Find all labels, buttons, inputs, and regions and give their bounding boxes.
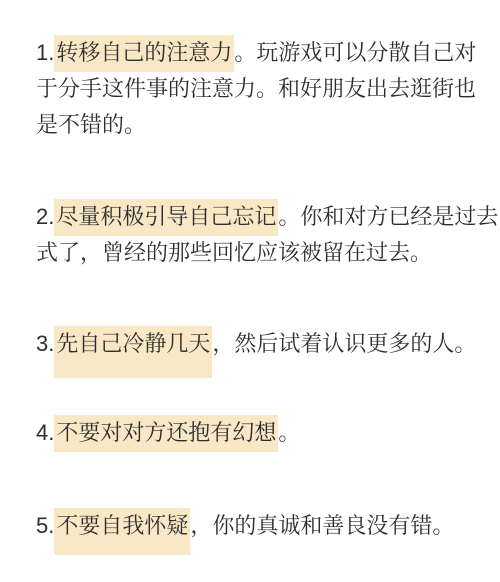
tip-item-2: 2.尽量积极引导自己忘记。你和对方已经是过去式了，曾经的那些回忆应该被留在过去。 <box>36 199 500 271</box>
tip-2-highlight: 尽量积极引导自己忘记 <box>54 199 278 236</box>
tip-3-number: 3. <box>36 331 54 356</box>
tip-5-number: 5. <box>36 513 54 538</box>
breakup-tips-note: 1.转移自己的注意力。玩游戏可以分散自己对于分手这件事的注意力。和好朋友出去逛街… <box>0 0 500 582</box>
tip-4-number: 4. <box>36 420 54 445</box>
tip-item-4: 4.不要对对方还抱有幻想。 <box>36 415 496 451</box>
tip-item-3: 3.先自己冷静几天，然后试着认识更多的人。 <box>36 326 496 362</box>
tip-4-rest: 。 <box>278 420 300 445</box>
tip-4-highlight: 不要对对方还抱有幻想 <box>54 415 278 452</box>
tip-item-1: 1.转移自己的注意力。玩游戏可以分散自己对于分手这件事的注意力。和好朋友出去逛街… <box>36 35 482 143</box>
tip-3-highlight: 先自己冷静几天 <box>54 326 212 378</box>
tip-5-highlight: 不要自我怀疑 <box>54 508 190 555</box>
tip-2-number: 2. <box>36 204 54 229</box>
tip-item-5: 5.不要自我怀疑，你的真诚和善良没有错。 <box>36 508 496 544</box>
tip-5-rest: ，你的真诚和善良没有错。 <box>190 513 454 538</box>
tip-1-number: 1. <box>36 40 54 65</box>
tip-1-highlight: 转移自己的注意力 <box>54 35 234 72</box>
tip-3-rest: ，然后试着认识更多的人。 <box>212 331 476 356</box>
